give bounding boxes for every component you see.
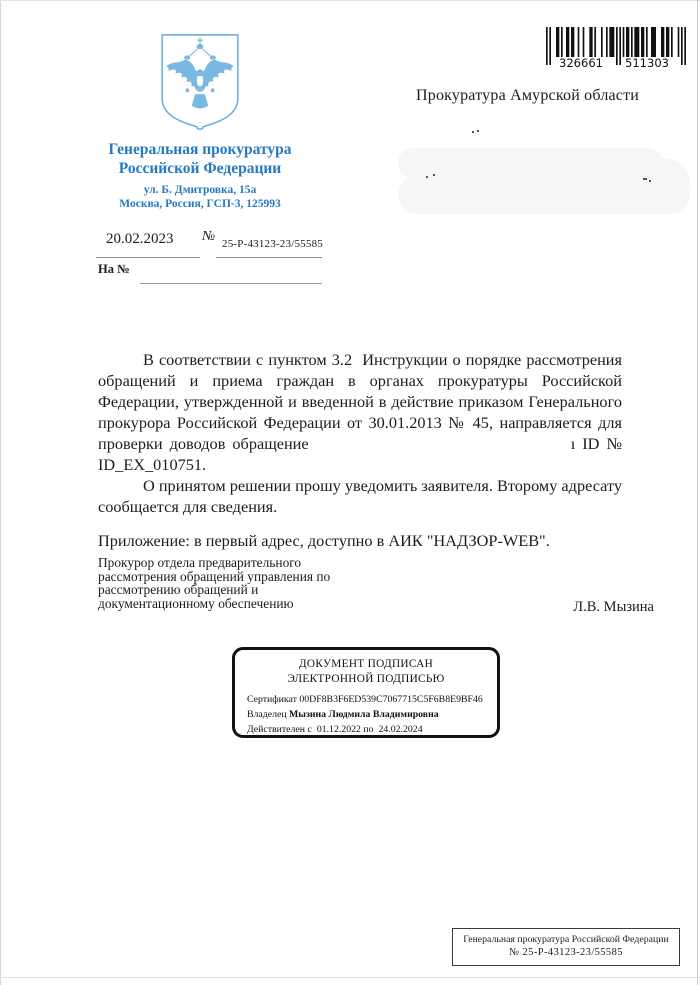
- validity-label: Действителен с: [247, 724, 312, 735]
- in-reply-underline: [140, 283, 322, 284]
- inline-redaction-gap: [316, 448, 564, 449]
- scan-edge-left: [0, 0, 1, 985]
- emblem-eagle: [166, 38, 234, 109]
- scan-speck: [426, 176, 428, 178]
- org-name: Генеральная прокуратура Российской Федер…: [55, 140, 345, 178]
- valid-from-date: 01.12.2022: [317, 724, 361, 735]
- valid-to-label: по: [363, 724, 373, 735]
- certificate-label: Сертификат: [247, 694, 297, 705]
- org-address-line2: Москва, Россия, ГСП-3, 125993: [55, 198, 345, 212]
- outgoing-date: 20.02.2023: [106, 231, 174, 248]
- certificate-row: Сертификат 00DF8B3F6ED539C7067715C5F6B8E…: [247, 692, 497, 707]
- owner-value: Мызина Людмила Владимировна: [289, 709, 439, 720]
- validity-row: Действителен с01.12.2022 по24.02.2024: [247, 722, 497, 737]
- scan-speck: [433, 174, 435, 176]
- org-name-line2: Российской Федерации: [55, 159, 345, 178]
- scanned-letter-page: Генеральная прокуратура Российской Федер…: [0, 0, 700, 985]
- coat-of-arms-emblem: [157, 32, 243, 133]
- paragraph-2: О принятом решении прошу уведомить заяви…: [98, 475, 622, 517]
- date-underline: [96, 257, 200, 258]
- letter-body: В соответствии с пунктом 3.2 Инструкции …: [98, 349, 622, 551]
- signature-line: документационному обеспечению: [98, 597, 448, 611]
- attachment-line: Приложение: в первый адрес, доступно в А…: [98, 530, 622, 551]
- org-name-line1: Генеральная прокуратура: [55, 140, 345, 159]
- owner-row: Владелец Мызина Людмила Владимировна: [247, 707, 497, 722]
- signature-line: рассмотрения обращений управления по: [98, 570, 448, 584]
- recipient-title: Прокуратура Амурской области: [416, 87, 639, 105]
- scan-edge-bottom: [0, 977, 700, 978]
- number-sign: №: [202, 229, 215, 245]
- scan-speck: [649, 180, 651, 182]
- scan-edge-top: [0, 0, 700, 1]
- barcode-digits-right: 511303: [618, 56, 676, 70]
- scan-edge-right: [697, 0, 698, 985]
- signature-line: Прокурор отдела предварительного: [98, 556, 448, 570]
- number-underline: [216, 257, 322, 258]
- signer-position: Прокурор отдела предварительногорассмотр…: [98, 556, 448, 610]
- scan-speck: [643, 178, 647, 180]
- registration-footer-box: Генеральная прокуратура Российской Федер…: [452, 928, 680, 966]
- signature-line: рассмотрению обращений и: [98, 583, 448, 597]
- owner-label: Владелец: [247, 709, 287, 720]
- redaction-blob: [398, 176, 690, 214]
- signer-name: Л.В. Мызина: [534, 599, 654, 616]
- in-reply-label: На №: [98, 262, 130, 277]
- footer-org-name: Генеральная прокуратура Российской Федер…: [453, 934, 679, 946]
- footer-reg-number: № 25-Р-43123-23/55585: [453, 946, 679, 960]
- stamp-details: Сертификат 00DF8B3F6ED539C7067715C5F6B8E…: [247, 692, 497, 737]
- paragraph-1-lead: В соответствии с пунктом 3.2 Инструкции …: [98, 350, 626, 453]
- outgoing-number: 25-Р-43123-23/55585: [222, 238, 323, 250]
- stamp-title: ДОКУМЕНТ ПОДПИСАН ЭЛЕКТРОННОЙ ПОДПИСЬЮ: [235, 657, 497, 686]
- barcode-digits-left: 326661: [554, 56, 608, 70]
- certificate-value: 00DF8B3F6ED539C7067715C5F6B8E9BF46: [299, 694, 482, 705]
- electronic-signature-stamp: ДОКУМЕНТ ПОДПИСАН ЭЛЕКТРОННОЙ ПОДПИСЬЮ С…: [232, 647, 500, 738]
- stamp-title-line1: ДОКУМЕНТ ПОДПИСАН: [235, 657, 497, 672]
- scan-speck: [477, 130, 479, 132]
- paragraph-1: В соответствии с пунктом 3.2 Инструкции …: [98, 349, 622, 475]
- stamp-title-line2: ЭЛЕКТРОННОЙ ПОДПИСЬЮ: [235, 672, 497, 687]
- org-address-line1: ул. Б. Дмитровка, 15а: [55, 184, 345, 198]
- org-address: ул. Б. Дмитровка, 15а Москва, Россия, ГС…: [55, 184, 345, 211]
- valid-to-date: 24.02.2024: [379, 724, 423, 735]
- scan-speck: [472, 131, 474, 133]
- registration-barcode: 326661 511303: [546, 27, 686, 73]
